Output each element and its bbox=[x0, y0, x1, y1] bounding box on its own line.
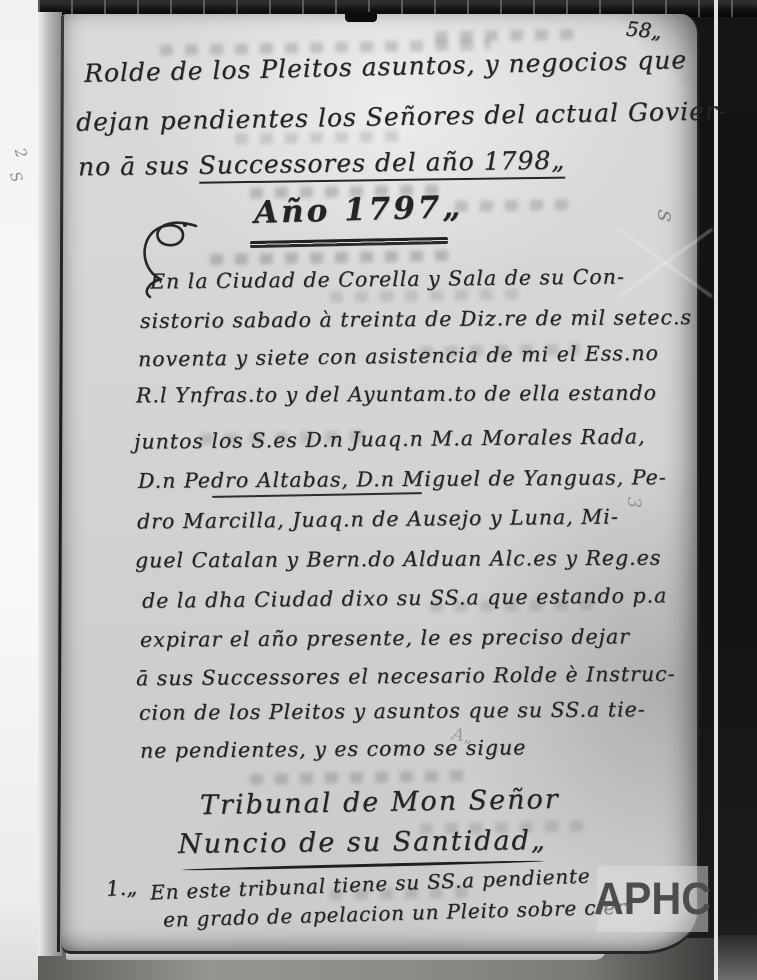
bookmark-notch bbox=[345, 12, 377, 22]
table-surface-corner bbox=[718, 935, 757, 980]
body-line: D.n Pedro Altabas, D.n Miguel de Yanguas… bbox=[138, 465, 667, 493]
item-number: 1.„ bbox=[105, 875, 138, 901]
right-margin-mark: 3 bbox=[623, 496, 644, 508]
body-line: guel Catalan y Bern.do Alduan Alc.es y R… bbox=[135, 546, 661, 573]
title-line-3-start: no ā sus bbox=[78, 151, 199, 182]
body-line: R.l Ynfras.to y del Ayuntam.to de ella e… bbox=[136, 381, 657, 408]
archive-watermark: APHC bbox=[597, 866, 708, 932]
page-number: 58„ bbox=[625, 16, 663, 43]
body-line: sistorio sabado à treinta de Diz.re de m… bbox=[140, 305, 692, 333]
title-line-3-underlined: Successores del año 1798„ bbox=[198, 146, 565, 184]
frame-edge-line bbox=[714, 0, 718, 980]
manuscript-photo: 58„ Rolde de los Pleitos asuntos, y nego… bbox=[0, 0, 757, 980]
right-margin-mark: s bbox=[652, 209, 681, 224]
section-heading-line-1: Tribunal de Mon Señor bbox=[200, 784, 560, 821]
ink-bleedthrough bbox=[455, 199, 575, 212]
body-line: En la Ciudad de Corella y Sala de su Con… bbox=[150, 265, 625, 294]
year-heading: Año 1797„ bbox=[254, 189, 464, 231]
body-line: dro Marcilla, Juaq.n de Ausejo y Luna, M… bbox=[137, 504, 619, 533]
body-line: cion de los Pleitos y asuntos que su SS.… bbox=[139, 697, 646, 725]
section-heading-line-2: Nuncio de su Santidad„ bbox=[178, 825, 547, 860]
body-line: expirar el año presente, le es preciso d… bbox=[140, 624, 630, 651]
body-line: ā sus Successores el necesario Rolde è I… bbox=[136, 662, 676, 691]
right-margin-mark: A„ bbox=[450, 724, 474, 747]
title-line-3: no ā sus Successores del año 1798„ bbox=[78, 146, 566, 182]
